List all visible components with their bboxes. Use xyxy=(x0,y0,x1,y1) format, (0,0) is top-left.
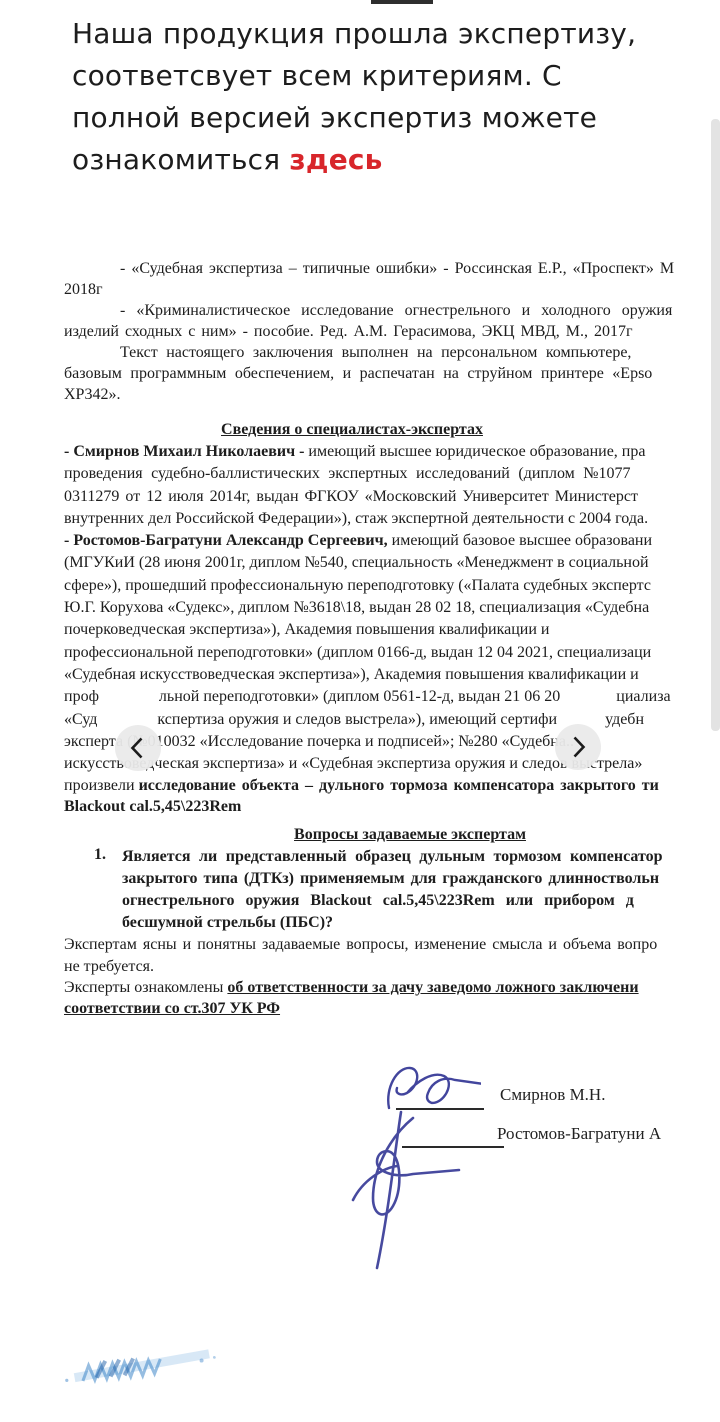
doc-line: «Судебная искусствоведческая экспертиза»… xyxy=(64,664,710,686)
banner-text: Наша продукция прошла экспертизу, соотве… xyxy=(72,13,672,181)
doc-line: сфере»), прошедший профессиональную пере… xyxy=(64,575,710,597)
doc-line-bold-underlined: об ответственности за дачу заведомо ложн… xyxy=(227,979,638,996)
expertise-link[interactable]: здесь xyxy=(289,143,382,176)
expert-name: - Ростомов-Багратуни Александр Сергеевич… xyxy=(64,532,388,549)
closing-paragraph: Экспертам ясны и понятны задаваемые вопр… xyxy=(64,934,710,1019)
doc-line: бесшумной стрельбы (ПБС)? xyxy=(122,912,710,934)
specialists-heading: Сведения о специалистах-экспертах xyxy=(64,419,710,441)
doc-line: закрытого типа (ДТКз) применяемым для гр… xyxy=(122,868,710,890)
signature-smirnov-label: Смирнов М.Н. xyxy=(500,1085,605,1105)
doc-line: ХР342». xyxy=(64,384,710,405)
doc-line: огнестрельного оружия Blackout cal.5,45\… xyxy=(122,890,710,912)
doc-line: - «Судебная экспертиза – типичные ошибки… xyxy=(64,258,710,279)
doc-line: (МГУКиИ (28 июня 2001г, диплом №540, спе… xyxy=(64,552,710,574)
banner-line-2: соответсвует всем критериям. С xyxy=(72,55,672,97)
question-number: 1. xyxy=(94,846,106,864)
doc-line: базовым программным обеспечением, и расп… xyxy=(64,363,710,384)
questions-heading: Вопросы задаваемые экспертам xyxy=(64,824,710,846)
doc-line: - Ростомов-Багратуни Александр Сергеевич… xyxy=(64,530,710,552)
doc-line-bold-underlined: соответствии со ст.307 УК РФ xyxy=(64,998,710,1019)
expert-report-scan: - «Судебная экспертиза – типичные ошибки… xyxy=(64,258,710,1020)
banner-line-4: ознакомиться здесь xyxy=(72,139,672,181)
doc-line-text: имеющий высшее юридическое образование, … xyxy=(304,443,645,460)
doc-line: произвели исследование объекта – дульног… xyxy=(64,775,710,796)
doc-line-text: Эксперты ознакомлены xyxy=(64,979,227,996)
doc-line: Экспертам ясны и понятны задаваемые вопр… xyxy=(64,934,710,955)
signature-line xyxy=(402,1146,504,1148)
doc-line: 0311279 от 12 июля 2014г, выдан ФГКОУ «М… xyxy=(64,486,710,508)
object-studied-paragraph: произвели исследование объекта – дульног… xyxy=(64,775,710,817)
doc-line-text: имеющий базовое высшее образовани xyxy=(388,532,652,549)
doc-line: не требуется. xyxy=(64,956,710,977)
doc-line: внутренних дел Российской Федерации»), с… xyxy=(64,508,710,530)
doc-line: Является ли представленный образец дульн… xyxy=(122,846,710,868)
doc-line: - «Криминалистическое исследование огнес… xyxy=(64,300,710,321)
carousel-next-button[interactable] xyxy=(555,724,601,770)
question-1: 1. Является ли представленный образец ду… xyxy=(64,846,710,934)
signature-rostomov-label: Ростомов-Багратуни А xyxy=(497,1124,661,1144)
banner-line-4-text: ознакомиться xyxy=(72,143,289,176)
doc-line: изделий сходных с ним» - пособие. Ред. А… xyxy=(64,321,710,342)
signature-rostomov-ink xyxy=(343,1110,468,1275)
scrollbar-thumb[interactable] xyxy=(711,119,720,731)
expert-name: - Смирнов Михаил Николаевич - xyxy=(64,443,304,460)
banner-line-1: Наша продукция прошла экспертизу, xyxy=(72,13,672,55)
previous-content-sliver xyxy=(371,0,433,4)
doc-line: Текст настоящего заключения выполнен на … xyxy=(64,342,710,363)
chevron-left-icon xyxy=(115,725,161,771)
doc-line: Blackout cal.5,45\223Rem xyxy=(64,796,710,817)
doc-line: проведения судебно-баллистических экспер… xyxy=(64,463,710,485)
printer-note-paragraph: Текст настоящего заключения выполнен на … xyxy=(64,342,710,405)
doc-line: 2018г xyxy=(64,279,710,300)
doc-line: почерковедческая экспертиза»), Академия … xyxy=(64,619,710,641)
doc-line: проф льной переподготовки» (диплом 0561-… xyxy=(64,686,710,708)
doc-line: профессиональной переподготовки» (диплом… xyxy=(64,642,710,664)
doc-line-bold: исследование объекта – дульного тормоза … xyxy=(139,777,659,794)
blue-ink-smudge xyxy=(52,1346,227,1390)
carousel-prev-button[interactable] xyxy=(115,725,161,771)
expert-smirnov-paragraph: - Смирнов Михаил Николаевич - имеющий вы… xyxy=(64,441,710,530)
doc-line: Ю.Г. Корухова «Судекс», диплом №3618\18,… xyxy=(64,597,710,619)
doc-line-text: произвели xyxy=(64,777,139,794)
doc-line: Эксперты ознакомлены об ответственности … xyxy=(64,977,710,998)
chevron-right-icon xyxy=(555,724,601,770)
doc-line: - Смирнов Михаил Николаевич - имеющий вы… xyxy=(64,441,710,463)
references-paragraph: - «Судебная экспертиза – типичные ошибки… xyxy=(64,258,710,342)
banner-line-3: полной версией экспертиз можете xyxy=(72,97,672,139)
